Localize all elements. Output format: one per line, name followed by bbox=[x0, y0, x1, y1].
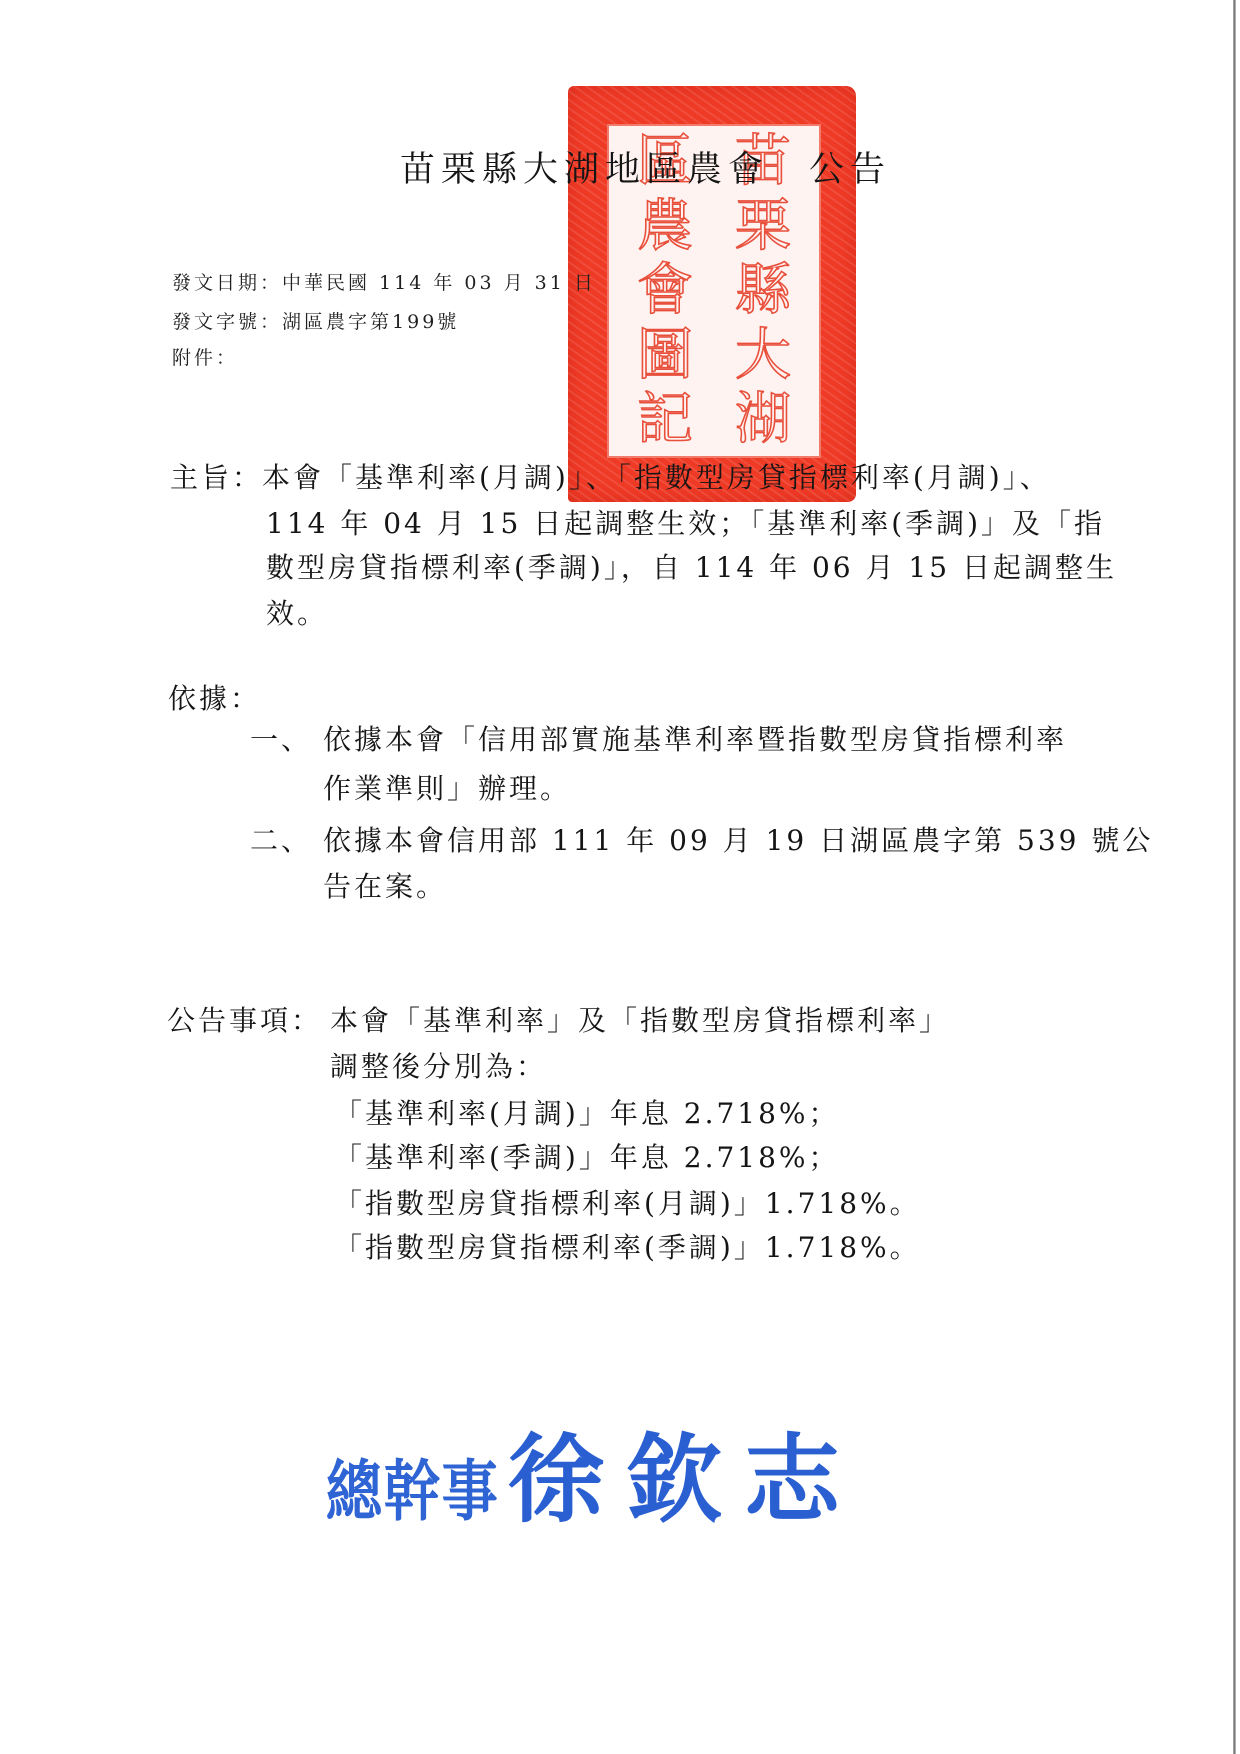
seal-glyph: 縣 bbox=[735, 261, 791, 321]
seal-glyph: 會 bbox=[637, 261, 693, 321]
subject-line: 本會「基準利率(月調)」、「指數型房貸指標利率(月調)」、 bbox=[262, 456, 1051, 496]
basis-item-line: 告在案。 bbox=[323, 865, 447, 905]
page-edge-line bbox=[1233, 0, 1236, 1754]
seal-glyph: 栗 bbox=[735, 197, 791, 257]
reference-number-value: 湖區農字第199號 bbox=[282, 311, 459, 333]
seal-glyph: 圖 bbox=[637, 326, 693, 386]
title-organization: 苗栗縣大湖地區農會 bbox=[400, 150, 769, 190]
rate-line: 「指數型房貸指標利率(季調)」1.718%。 bbox=[334, 1226, 921, 1266]
basis-item-number: 一、 bbox=[250, 718, 312, 758]
announcement-intro-line: 本會「基準利率」及「指數型房貸指標利率」 bbox=[330, 999, 950, 1039]
signature-stamp: 總幹事 徐欽志 bbox=[326, 1422, 862, 1534]
attachment-line: 附件： bbox=[172, 343, 238, 370]
basis-item-line: 依據本會信用部 111 年 09 月 19 日湖區農字第 539 號公 bbox=[323, 819, 1153, 859]
issue-date-value: 中華民國 114 年 03 月 31 日 bbox=[282, 272, 596, 294]
subject-line: 效。 bbox=[266, 592, 328, 632]
seal-glyph: 大 bbox=[735, 326, 791, 386]
document-page: 區 農 會 圖 記 苗 栗 縣 大 湖 苗栗縣大湖地區農會公告 發文日期：中華民… bbox=[0, 0, 1240, 1754]
reference-number-line: 發文字號：湖區農字第199號 bbox=[172, 307, 459, 334]
seal-glyph: 湖 bbox=[735, 390, 791, 450]
basis-item-number: 二、 bbox=[250, 819, 312, 859]
subject-label: 主旨： bbox=[170, 456, 263, 496]
subject-line: 114 年 04 月 15 日起調整生效；「基準利率(季調)」及「指 bbox=[266, 502, 1105, 542]
issue-date-line: 發文日期：中華民國 114 年 03 月 31 日 bbox=[172, 268, 596, 295]
signature-name: 徐欽志 bbox=[508, 1426, 862, 1534]
signature-title: 總幹事 bbox=[326, 1450, 499, 1534]
rate-line: 「基準利率(月調)」年息 2.718%； bbox=[334, 1092, 840, 1132]
reference-number-label: 發文字號： bbox=[172, 311, 282, 333]
attachment-label: 附件： bbox=[172, 347, 238, 369]
basis-item-line: 依據本會「信用部實施基準利率暨指數型房貸指標利率 bbox=[323, 718, 1067, 758]
seal-glyph: 農 bbox=[637, 197, 693, 257]
seal-glyph: 記 bbox=[637, 390, 693, 450]
subject-line: 數型房貸指標利率(季調)」，自 114 年 06 月 15 日起調整生 bbox=[266, 546, 1117, 586]
document-title: 苗栗縣大湖地區農會公告 bbox=[400, 142, 891, 192]
announcement-label: 公告事項： bbox=[167, 999, 322, 1039]
announcement-intro-line: 調整後分別為： bbox=[330, 1045, 547, 1085]
basis-item-line: 作業準則」辦理。 bbox=[323, 767, 571, 807]
issue-date-label: 發文日期： bbox=[172, 272, 282, 294]
rate-line: 「基準利率(季調)」年息 2.718%； bbox=[334, 1136, 840, 1176]
rate-line: 「指數型房貸指標利率(月調)」1.718%。 bbox=[334, 1182, 921, 1222]
basis-label: 依據： bbox=[168, 677, 261, 717]
title-type: 公告 bbox=[809, 150, 891, 190]
